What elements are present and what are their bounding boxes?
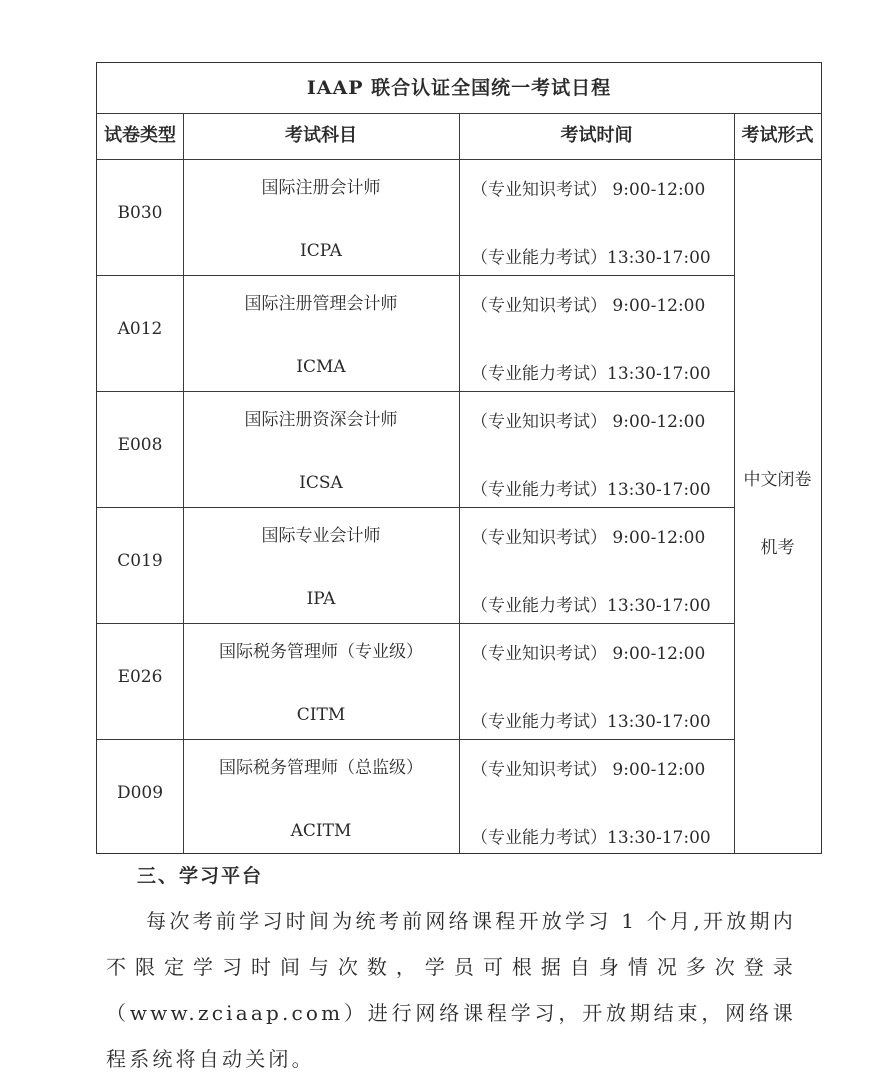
header-time: 考试时间 (459, 113, 734, 159)
time-knowledge: （专业知识考试） 9:00-12:00 (471, 407, 705, 432)
paper-code: A012 (97, 319, 183, 339)
subject-cn: 国际专业会计师 (183, 521, 459, 546)
section-paragraph: 每次考前学习时间为统考前网络课程开放学习 1 个月,开放期内不限定学习时间与次数… (106, 898, 796, 1079)
paper-code: B030 (97, 203, 183, 223)
time-knowledge: （专业知识考试） 9:00-12:00 (471, 291, 705, 316)
time-ability: （专业能力考试）13:30-17:00 (471, 823, 711, 848)
subject-en: ICMA (183, 357, 459, 377)
header-format: 考试形式 (734, 113, 821, 159)
exam-schedule-table: IAAP 联合认证全国统一考试日程 试卷类型 考试科目 考试时间 考试形式 B0… (96, 62, 822, 854)
header-paper-type: 试卷类型 (97, 113, 183, 159)
time-knowledge: （专业知识考试） 9:00-12:00 (471, 175, 705, 200)
subject-cn: 国际注册管理会计师 (183, 289, 459, 314)
subject-en: ICPA (183, 241, 459, 261)
time-knowledge: （专业知识考试） 9:00-12:00 (471, 639, 705, 664)
divider (97, 623, 734, 624)
paper-code: C019 (97, 551, 183, 571)
paragraph-text: 每次考前学习时间为统考前网络课程开放学习 1 个月,开放期内不限定学习时间与次数… (106, 909, 796, 1071)
subject-cn: 国际税务管理师（总监级） (183, 753, 459, 778)
subject-cn: 国际注册会计师 (183, 173, 459, 198)
time-knowledge: （专业知识考试） 9:00-12:00 (471, 523, 705, 548)
subject-en: ACITM (183, 821, 459, 841)
time-ability: （专业能力考试）13:30-17:00 (471, 707, 711, 732)
section-heading: 三、学习平台 (137, 861, 263, 888)
paper-code: E008 (97, 435, 183, 455)
divider (97, 391, 734, 392)
time-ability: （专业能力考试）13:30-17:00 (471, 359, 711, 384)
subject-en: CITM (183, 705, 459, 725)
time-ability: （专业能力考试）13:30-17:00 (471, 591, 711, 616)
divider (97, 739, 734, 740)
divider (459, 113, 460, 853)
exam-format-line2: 机考 (734, 533, 821, 558)
header-subject: 考试科目 (183, 113, 459, 159)
paper-code: D009 (97, 783, 183, 803)
time-knowledge: （专业知识考试） 9:00-12:00 (471, 755, 705, 780)
subject-en: IPA (183, 589, 459, 609)
subject-cn: 国际税务管理师（专业级） (183, 637, 459, 662)
table-title: IAAP 联合认证全国统一考试日程 (97, 63, 821, 113)
time-ability: （专业能力考试）13:30-17:00 (471, 475, 711, 500)
paper-code: E026 (97, 667, 183, 687)
divider (97, 507, 734, 508)
time-ability: （专业能力考试）13:30-17:00 (471, 243, 711, 268)
exam-format-line1: 中文闭卷 (734, 465, 821, 490)
divider (97, 275, 734, 276)
subject-cn: 国际注册资深会计师 (183, 405, 459, 430)
subject-en: ICSA (183, 473, 459, 493)
